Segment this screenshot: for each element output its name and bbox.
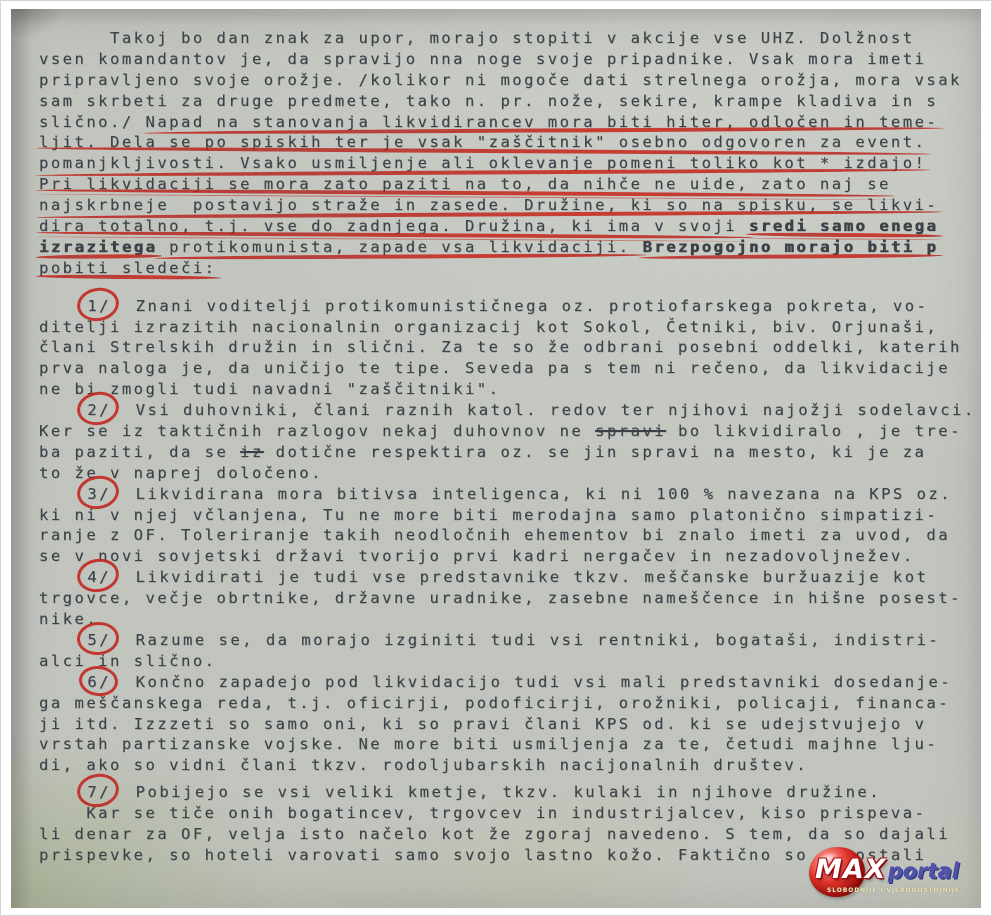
maxportal-tagline: SLOBODNIJE I VJERODOSTOJNIJE — [827, 887, 960, 894]
text-line: di, ako so vidni člani tkzv. rodoljubars… — [39, 755, 981, 776]
text-segment: prva naloga je, da uničijo te tipe. Seve… — [39, 358, 950, 379]
text-segment: vrstah partizanske vojske. Ne more biti … — [39, 734, 938, 755]
text-segment: di, ako so vidni člani tkzv. rodoljubars… — [39, 755, 808, 776]
red-underlined-text: protikomunista, zapade vsa likvidaciji. — [157, 237, 642, 258]
text-segment: Vsi duhovniki, člani raznih katol. redov… — [112, 400, 976, 421]
text-segment — [39, 296, 86, 317]
maxportal-brand-portal: portal — [888, 859, 959, 883]
text-segment: Končno zapadejo pod likvidacijo tudi vsi… — [112, 672, 952, 693]
struck-word: spravi — [595, 421, 666, 442]
text-line: li denar za OF, velja isto načelo kot že… — [39, 824, 981, 845]
text-line: pomanjkljivosti. Vsako usmiljenje ali ok… — [39, 153, 981, 174]
text-line: izrazitega protikomunista, zapade vsa li… — [39, 237, 981, 258]
text-line: ne bi zmogli tudi navadni "zaščitniki". — [39, 379, 981, 400]
text-line: trgovce, večje obrtnike, državne uradnik… — [39, 588, 981, 609]
text-segment: vsen komandantov je, da spravijo nna nog… — [39, 49, 926, 70]
red-underlined-text: ljit. Dela se po spiskih ter je vsak "za… — [39, 132, 926, 153]
text-segment — [39, 484, 86, 505]
text-line: ditelji izrazitih nacionalnin organizaci… — [39, 317, 981, 338]
text-segment: ji itd. Izzzeti so samo oni, ki so pravi… — [39, 714, 926, 735]
text-segment: ditelji izrazitih nacionalnin organizaci… — [39, 317, 938, 338]
text-segment — [39, 672, 86, 693]
text-segment: alci in slično. — [39, 651, 216, 672]
text-line: prva naloga je, da uničijo te tipe. Seve… — [39, 358, 981, 379]
text-segment — [39, 567, 86, 588]
text-segment: to že v naprej določeno. — [39, 463, 323, 484]
red-circled-number: 2/ — [87, 400, 111, 421]
red-underlined-text: pomanjkljivosti. Vsako usmiljenje ali ok… — [39, 153, 926, 174]
text-segment: ki ni v njej včlanjena, Tu ne more biti … — [39, 505, 938, 526]
text-line: vsen komandantov je, da spravijo nna nog… — [39, 49, 981, 70]
red-underlined-text: Pri likvidaciji se mora zato paziti na t… — [39, 174, 891, 195]
text-segment: Likvidirana mora bitivsa inteligenca, ki… — [112, 484, 952, 505]
red-underlined-text: pobiti sledeči: — [39, 258, 216, 279]
struck-word: iz — [240, 442, 264, 463]
text-segment: Pobijejo se vsi veliki kmetje, tkzv. kul… — [112, 782, 881, 803]
red-circled-number: 6/ — [87, 672, 111, 693]
text-line: ljit. Dela se po spiskih ter je vsak "za… — [39, 132, 981, 153]
text-line: dira totalno, t.j. vse do zadnjega. Druž… — [39, 216, 981, 237]
red-circled-number: 7/ — [87, 782, 111, 803]
text-segment: Kar se tiče onih bogatincev, trgovcev in… — [39, 803, 926, 824]
text-line: ga meščanskega reda, t.j. oficirji, podo… — [39, 693, 981, 714]
text-segment — [39, 630, 86, 651]
text-line: ji itd. Izzzeti so samo oni, ki so pravi… — [39, 714, 981, 735]
red-underlined-text: Brezpogojno morajo biti p — [642, 237, 938, 258]
text-line: 2/ Vsi duhovniki, člani raznih katol. re… — [39, 400, 981, 421]
text-segment: prispevke, so hoteli varovati samo svojo… — [39, 845, 926, 866]
text-line: alci in slično. — [39, 651, 981, 672]
text-segment: ranje z OF. Toleriranje takih neodločnih… — [39, 525, 950, 546]
text-line: se v novi sovjetski državi tvorijo prvi … — [39, 546, 981, 567]
text-line: 7/ Pobijejo se vsi veliki kmetje, tkzv. … — [39, 782, 981, 803]
maxportal-brand: MAXportal — [815, 854, 959, 885]
text-segment: Takoj bo dan znak za upor, morajo stopit… — [39, 28, 915, 49]
maxportal-watermark: MAXportal SLOBODNIJE I VJERODOSTOJNIJE — [807, 843, 971, 903]
text-segment: slično./ — [39, 112, 146, 133]
text-line: pripravljeno svoje orožje. /kolikor ni m… — [39, 70, 981, 91]
text-segment — [39, 400, 86, 421]
text-segment: Ker se iz taktičnih razlogov nekaj duhov… — [39, 421, 595, 442]
text-line: ba paziti, da se iz dotične respektira o… — [39, 442, 981, 463]
red-circled-number: 5/ — [87, 630, 111, 651]
text-line: Pri likvidaciji se mora zato paziti na t… — [39, 174, 981, 195]
text-line: 6/ Končno zapadejo pod likvidacijo tudi … — [39, 672, 981, 693]
text-line: ki ni v njej včlanjena, Tu ne more biti … — [39, 505, 981, 526]
text-line: slično./ Napad na stanovanja likvidiranc… — [39, 112, 981, 133]
text-segment: dotične respektira oz. se jin spravi na … — [264, 442, 927, 463]
text-segment: nike. — [39, 609, 98, 630]
text-segment: li denar za OF, velja isto načelo kot že… — [39, 824, 950, 845]
text-line: Ker se iz taktičnih razlogov nekaj duhov… — [39, 421, 981, 442]
text-segment: se v novi sovjetski državi tvorijo prvi … — [39, 546, 915, 567]
text-segment: trgovce, večje obrtnike, državne uradnik… — [39, 588, 962, 609]
text-line: 1/ Znani voditelji protikomunističnega o… — [39, 296, 981, 317]
red-underlined-text: dira totalno, t.j. vse do zadnjega. Druž… — [39, 216, 749, 237]
red-underlined-text: sredi samo enega — [749, 216, 938, 237]
text-segment: Likvidirati je tudi vse predstavnike tkz… — [112, 567, 928, 588]
text-segment — [39, 782, 86, 803]
text-line: sam skrbeti za druge predmete, tako n. p… — [39, 91, 981, 112]
text-line: pobiti sledeči: — [39, 258, 981, 279]
document-page: Takoj bo dan znak za upor, morajo stopit… — [11, 9, 981, 908]
text-line: Kar se tiče onih bogatincev, trgovcev in… — [39, 803, 981, 824]
text-line: to že v naprej določeno. — [39, 463, 981, 484]
text-line: vrstah partizanske vojske. Ne more biti … — [39, 734, 981, 755]
red-circled-number: 3/ — [87, 484, 111, 505]
text-line: 4/ Likvidirati je tudi vse predstavnike … — [39, 567, 981, 588]
text-line: 3/ Likvidirana mora bitivsa inteligenca,… — [39, 484, 981, 505]
text-segment: ne bi zmogli tudi navadni "zaščitniki". — [39, 379, 500, 400]
red-underlined-text: najskrbneje postavijo straže in zasede. … — [39, 195, 938, 216]
typewritten-text: Takoj bo dan znak za upor, morajo stopit… — [11, 9, 981, 908]
text-segment: ga meščanskega reda, t.j. oficirji, podo… — [39, 693, 950, 714]
text-segment: sam skrbeti za druge predmete, tako n. p… — [39, 91, 938, 112]
scan-frame: Takoj bo dan znak za upor, morajo stopit… — [0, 0, 992, 916]
text-segment: člani Strelskih družin in slični. Za te … — [39, 337, 962, 358]
red-underlined-text: izrazitega — [39, 237, 157, 258]
text-line: 5/ Razume se, da morajo izginiti tudi vs… — [39, 630, 981, 651]
maxportal-brand-max: MAX — [815, 854, 887, 885]
text-line: nike. — [39, 609, 981, 630]
text-line: člani Strelskih družin in slični. Za te … — [39, 337, 981, 358]
red-circled-number: 1/ — [87, 296, 111, 317]
text-segment: ba paziti, da se — [39, 442, 240, 463]
text-line: Takoj bo dan znak za upor, morajo stopit… — [39, 28, 981, 49]
text-line: najskrbneje postavijo straže in zasede. … — [39, 195, 981, 216]
red-underlined-text: Napad na stanovanja likvidirancev mora b… — [146, 112, 939, 133]
text-segment: bo likvidiralo , je tre- — [666, 421, 962, 442]
red-circled-number: 4/ — [87, 567, 111, 588]
text-segment: pripravljeno svoje orožje. /kolikor ni m… — [39, 70, 962, 91]
text-segment: Znani voditelji protikomunističnega oz. … — [112, 296, 928, 317]
text-segment: Razume se, da morajo izginiti tudi vsi r… — [112, 630, 940, 651]
text-line: ranje z OF. Toleriranje takih neodločnih… — [39, 525, 981, 546]
